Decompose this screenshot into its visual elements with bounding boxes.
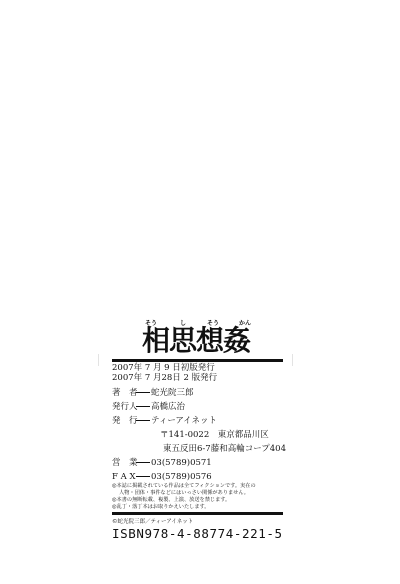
leader-dash — [136, 420, 150, 421]
isbn: ISBN978-4-88774-221-5 — [112, 526, 283, 541]
first-edition-date: 2007年 7 月 9 日初版発行 — [112, 363, 215, 373]
note-fiction: ◎本誌に掲載されている作品は全てフィクションです。実在の — [112, 483, 256, 490]
crop-mark — [292, 354, 293, 366]
fax-number: 03(5789)0576 — [151, 472, 212, 482]
leader-dash — [136, 392, 150, 393]
book-title: 相思想姦 — [142, 326, 250, 356]
sales-phone: 03(5789)0571 — [151, 458, 212, 468]
sales-label: 営 業 — [112, 458, 136, 468]
publisher-label: 発 行 — [112, 416, 136, 426]
fax-line: F A X03(5789)0576 — [112, 472, 212, 482]
author-label: 著 者 — [112, 388, 136, 398]
fax-label: F A X — [112, 472, 136, 482]
second-edition-date: 2007年 7 月28日 2 版発行 — [112, 373, 217, 383]
bottom-rule — [112, 512, 283, 515]
leader-dash — [136, 406, 150, 407]
leader-dash — [136, 476, 150, 477]
copyright-notice: ©蛇光院三郎／ティーアイネット — [112, 517, 193, 525]
note-fiction-cont: 人物・団体・事件などにはいっさい関係がありません。 — [119, 490, 249, 497]
crop-mark — [98, 354, 99, 366]
publisher-person-name: 高橋広治 — [151, 402, 185, 412]
note-exchange: ◎乱丁・落丁本はお取りかえいたします。 — [112, 504, 210, 511]
top-rule — [112, 359, 283, 362]
publisher-person-label: 発行人 — [112, 402, 136, 412]
publisher-line: 発 行ティーアイネット — [112, 416, 217, 426]
address-line-1: 〒141-0022 東京都品川区 — [160, 430, 269, 440]
publisher-name: ティーアイネット — [151, 416, 217, 426]
note-reproduction: ◎本書の無断転載、複製、上演、放送を禁じます。 — [112, 497, 230, 504]
publisher-person-line: 発行人高橋広治 — [112, 402, 185, 412]
leader-dash — [136, 462, 150, 463]
address-line-2: 東五反田6-7藤和高輪コープ404 — [163, 444, 286, 454]
author-name: 蛇光院三郎 — [151, 388, 194, 398]
sales-line: 営 業03(5789)0571 — [112, 458, 212, 468]
author-line: 著 者蛇光院三郎 — [112, 388, 194, 398]
